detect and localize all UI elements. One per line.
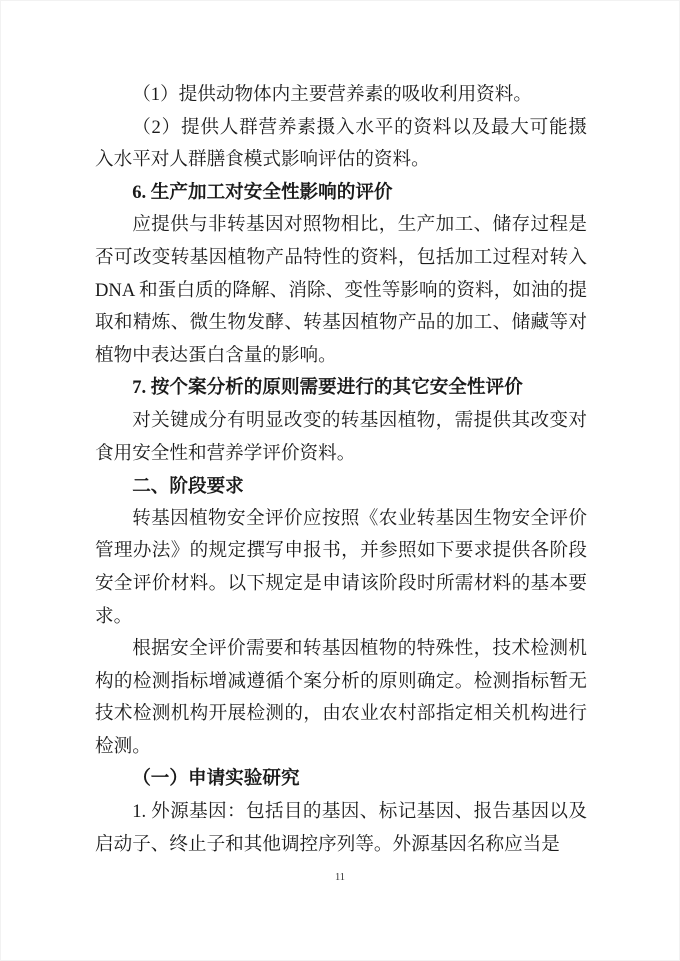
paragraph-item-1: （1）提供动物体内主要营养素的吸收利用资料。 bbox=[95, 79, 587, 112]
paragraph-processing-impact: 应提供与非转基因对照物相比，生产加工、储存过程是否可改变转基因植物产品特性的资料… bbox=[95, 209, 587, 372]
heading-section-7: 7. 按个案分析的原则需要进行的其它安全性评价 bbox=[95, 372, 587, 405]
heading-section-6: 6. 生产加工对安全性影响的评价 bbox=[95, 177, 587, 210]
paragraph-key-components: 对关键成分有明显改变的转基因植物，需提供其改变对食用安全性和营养学评价资料。 bbox=[95, 405, 587, 470]
paragraph-exogenous-genes: 1. 外源基因：包括目的基因、标记基因、报告基因以及启动子、终止子和其他调控序列… bbox=[95, 796, 587, 861]
page-number: 11 bbox=[1, 872, 679, 883]
document-text-block: （1）提供动物体内主要营养素的吸收利用资料。 （2）提供人群营养素摄入水平的资料… bbox=[95, 79, 587, 861]
paragraph-item-2: （2）提供人群营养素摄入水平的资料以及最大可能摄入水平对人群膳食模式影响评估的资… bbox=[95, 112, 587, 177]
document-page: （1）提供动物体内主要营养素的吸收利用资料。 （2）提供人群营养素摄入水平的资料… bbox=[0, 0, 680, 961]
heading-stage-requirements: 二、阶段要求 bbox=[95, 470, 587, 503]
heading-apply-experimental-research: （一）申请实验研究 bbox=[95, 763, 587, 796]
paragraph-detection-agencies: 根据安全评价需要和转基因植物的特殊性，技术检测机构的检测指标增减遵循个案分析的原… bbox=[95, 633, 587, 763]
paragraph-evaluation-rules: 转基因植物安全评价应按照《农业转基因生物安全评价管理办法》的规定撰写申报书，并参… bbox=[95, 503, 587, 633]
